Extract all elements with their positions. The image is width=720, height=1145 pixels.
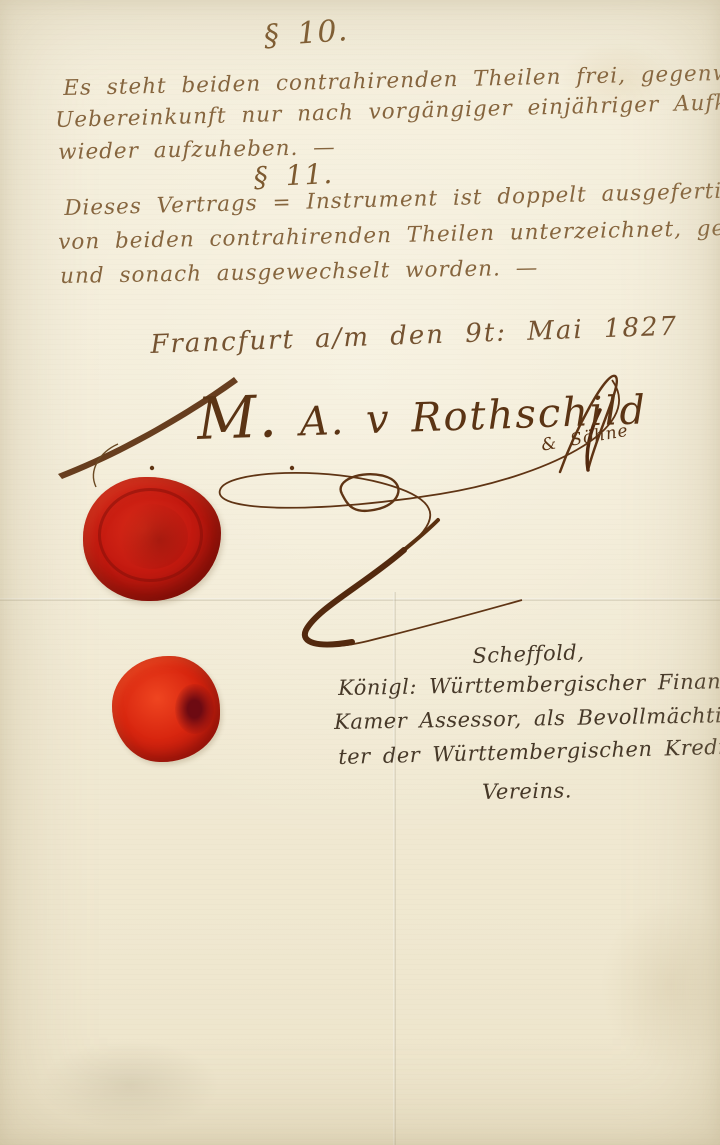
attestation-line-1: Scheffold, [472, 642, 585, 667]
fold-line-horizontal [0, 598, 720, 601]
attestation-line-3: Kamer Assessor, als Bevollmächtig- [334, 705, 720, 733]
wax-seal-lower [112, 656, 220, 762]
document-page: § 10. Es steht beiden contrahirenden The… [0, 0, 720, 1145]
dateline: Francfurt a/m den 9t: Mai 1827 [150, 314, 678, 358]
attestation-line-5: Vereins. [482, 780, 572, 803]
page-vignette [0, 0, 720, 1145]
wax-seal-upper [83, 477, 221, 601]
section-11-line-1: Dieses Vertrags = Instrument ist doppelt… [64, 180, 720, 219]
paper-texture [0, 0, 720, 1145]
paper-stain [600, 900, 720, 1070]
attestation-line-4: ter der Württembergischen Kredit- [338, 736, 720, 768]
section-heading-10: § 10. [263, 16, 349, 52]
paper-stain [40, 1040, 220, 1130]
signature-flourish [0, 0, 720, 1145]
section-heading-11: § 11. [253, 160, 334, 192]
attestation-line-2: Königl: Württembergischer Finanz [338, 671, 720, 699]
section-11-line-2: von beiden contrahirenden Theilen unterz… [58, 216, 720, 253]
section-11-line-3: und sonach ausgewechselt worden. — [60, 258, 538, 288]
